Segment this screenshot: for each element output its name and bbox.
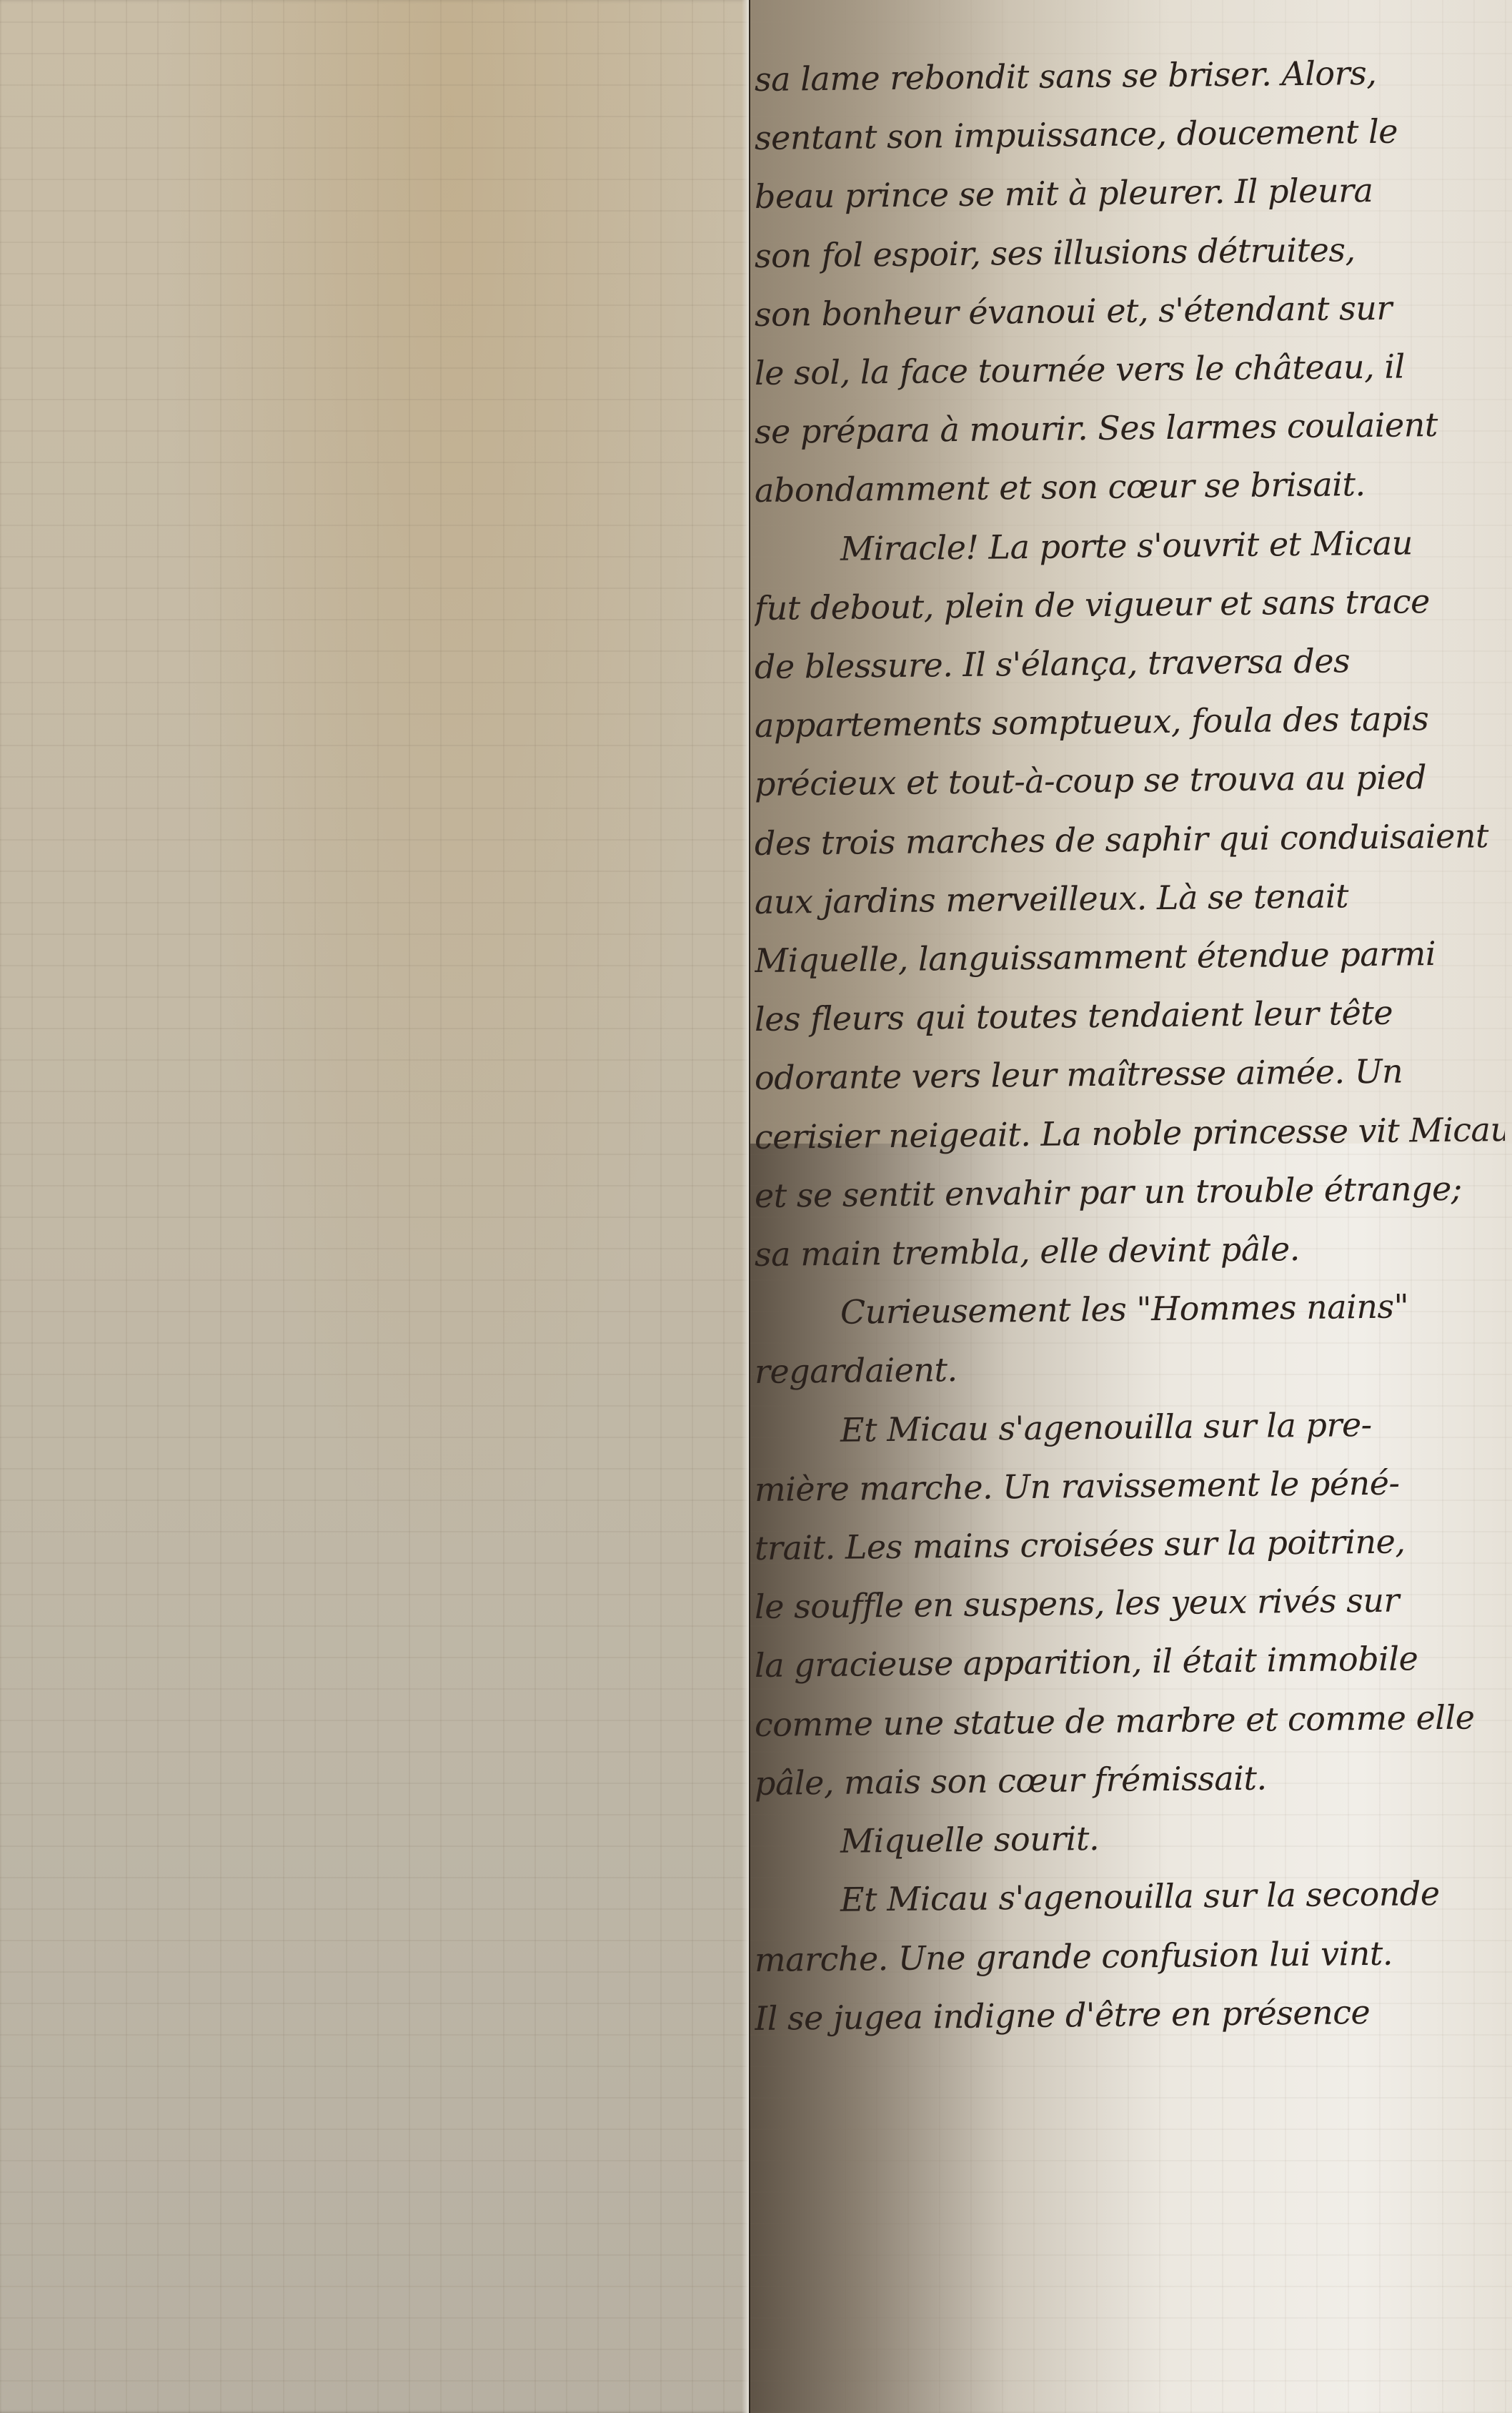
text-line: Il se jugea indigne d'être en présence xyxy=(755,1981,1506,2048)
text-line: fut debout, plein de vigueur et sans tra… xyxy=(755,571,1506,638)
text-line: la gracieuse apparition, il était immobi… xyxy=(755,1628,1506,1695)
text-line: sa main trembla, elle devint pâle. xyxy=(755,1217,1506,1284)
text-line: pâle, mais son cœur frémissait. xyxy=(755,1746,1506,1813)
text-line: les fleurs qui toutes tendaient leur têt… xyxy=(755,982,1506,1049)
text-line: de blessure. Il s'élança, traversa des xyxy=(755,630,1506,696)
text-line: cerisier neigeait. La noble princesse vi… xyxy=(755,1100,1506,1166)
right-page-manuscript: sa lame rebondit sans se briser. Alors, … xyxy=(750,0,1512,2413)
text-line: odorante vers leur maîtresse aimée. Un xyxy=(755,1041,1506,1107)
text-line-paragraph-start: Miracle! La porte s'ouvrit et Micau xyxy=(755,512,1506,579)
text-line: aux jardins merveilleux. Là se tenait xyxy=(755,865,1506,931)
text-line: et se sentit envahir par un trouble étra… xyxy=(755,1159,1506,1225)
text-line: trait. Les mains croisées sur la poitrin… xyxy=(755,1511,1506,1577)
text-line-paragraph-start: Et Micau s'agenouilla sur la seconde xyxy=(755,1863,1506,1930)
text-line: le sol, la face tournée vers le château,… xyxy=(755,336,1506,402)
text-line: Miquelle, languissamment étendue parmi xyxy=(755,923,1506,990)
text-line: regardaient. xyxy=(755,1334,1506,1401)
text-line: sa lame rebondit sans se briser. Alors, xyxy=(755,42,1506,109)
text-line: comme une statue de marbre et comme elle xyxy=(755,1688,1506,1754)
text-line: le souffle en suspens, les yeux rivés su… xyxy=(755,1570,1506,1636)
text-line: beau prince se mit à pleurer. Il pleura xyxy=(755,159,1506,226)
text-line-paragraph-start: Curieusement les "Hommes nains" xyxy=(755,1276,1506,1342)
text-line: marche. Une grande confusion lui vint. xyxy=(755,1923,1506,1989)
text-line: précieux et tout-à-coup se trouva au pie… xyxy=(755,747,1506,813)
text-line: sentant son impuissance, doucement le xyxy=(755,101,1506,167)
left-page-blank xyxy=(0,0,749,2413)
text-line-paragraph-start: Et Micau s'agenouilla sur la pre- xyxy=(755,1394,1506,1460)
text-line: son bonheur évanoui et, s'étendant sur xyxy=(755,277,1506,344)
text-line: mière marche. Un ravissement le péné- xyxy=(755,1452,1506,1519)
text-line: son fol espoir, ses illusions détruites, xyxy=(755,219,1506,285)
text-line: se prépara à mourir. Ses larmes coulaien… xyxy=(755,395,1506,461)
text-line-paragraph-start: Miquelle sourit. xyxy=(755,1805,1506,1871)
text-line: appartements somptueux, foula des tapis xyxy=(755,688,1506,755)
text-line: des trois marches de saphir qui conduisa… xyxy=(755,806,1506,873)
text-line: abondamment et son cœur se brisait. xyxy=(755,453,1506,520)
handwritten-text-block: sa lame rebondit sans se briser. Alors, … xyxy=(755,50,1505,2048)
